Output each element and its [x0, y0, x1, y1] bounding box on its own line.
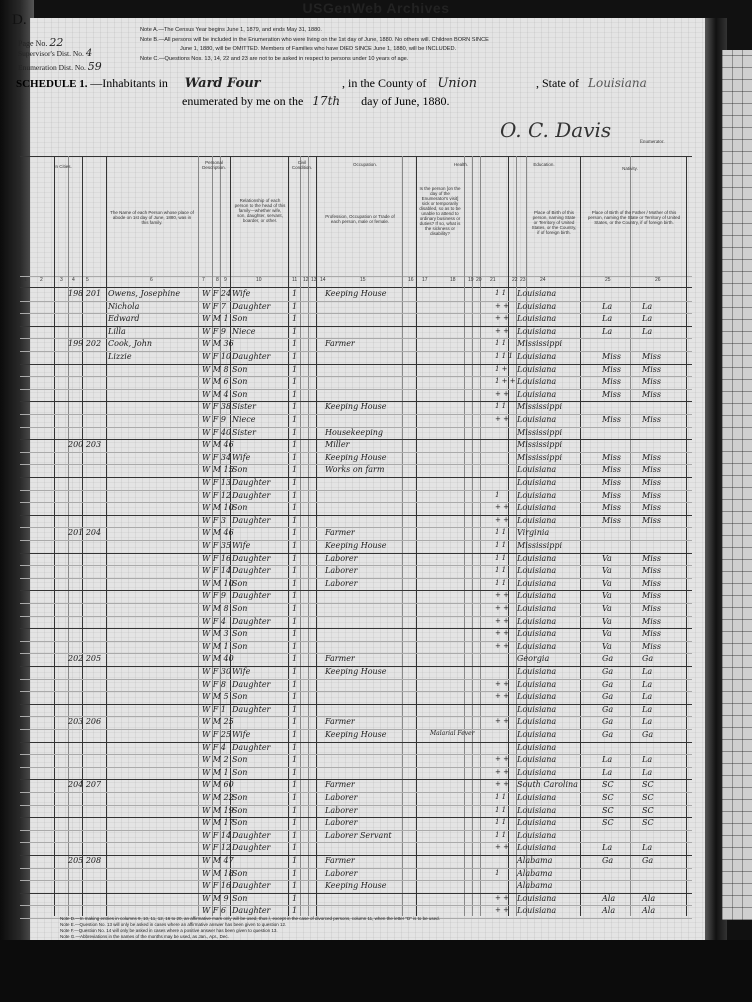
cell-occ: Farmer — [325, 339, 355, 348]
cell-lit: 1 1 — [495, 818, 506, 826]
table-row: W F 12Daughter1+ +LouisianaLaLa — [20, 842, 692, 855]
cell-birth: Louisiana — [517, 806, 556, 815]
cell-rel: Son — [232, 869, 247, 878]
cell-occ: Laborer — [325, 793, 357, 802]
row-rule — [20, 691, 692, 692]
table-row: W F 8Daughter1+ +LouisianaGaLa — [20, 679, 692, 692]
cell-birth: Alabama — [517, 856, 552, 865]
cell-sex: W F 30 — [202, 667, 231, 676]
cell-dwell: 205 208 — [68, 856, 101, 865]
cell-birth: Louisiana — [517, 617, 556, 626]
cell-sex: W M 25 — [202, 717, 234, 726]
cell-birth: Louisiana — [517, 478, 556, 487]
cell-birth: Louisiana — [517, 566, 556, 575]
cell-sex: W F 9 — [202, 327, 226, 336]
cell-occ: Miller — [325, 440, 349, 449]
cell-lit: + + — [495, 768, 509, 776]
table-row: W F 4Daughter1+ +LouisianaVaMiss — [20, 616, 692, 629]
column-number: 11 — [292, 277, 297, 283]
cell-sex: W F 34 — [202, 453, 231, 462]
cell-sex: W F 4 — [202, 743, 226, 752]
cell-fbirth: La — [602, 768, 612, 777]
row-rule — [20, 666, 692, 667]
cell-sex: W M 9 — [202, 894, 229, 903]
cell-occ: Keeping House — [325, 667, 387, 676]
row-rule — [20, 893, 692, 894]
cell-occ: Laborer — [325, 869, 357, 878]
cell-fbirth: Miss — [602, 352, 621, 361]
table-row: W M 4Son1+ +LouisianaMissMiss — [20, 389, 692, 402]
cell-birth: Louisiana — [517, 831, 556, 840]
column-number: 2 — [40, 277, 43, 283]
table-row: 201 204W M 461Farmer1 1Virginia — [20, 527, 692, 540]
cell-lit: 1 — [495, 491, 499, 499]
cell-dwell: 198 201 — [68, 289, 101, 298]
row-rule — [20, 729, 692, 730]
cell-sex: W M 10 — [202, 579, 234, 588]
table-row: W F 3Daughter1+ +LouisianaMissMiss — [20, 515, 692, 528]
cell-single: 1 — [292, 428, 297, 437]
cell-fbirth: Va — [602, 629, 612, 638]
row-rule — [20, 490, 692, 491]
header-relationship: Relationship of each person to the head … — [234, 198, 286, 223]
cell-rel: Daughter — [232, 906, 270, 915]
row-rule — [20, 389, 692, 390]
cell-name: Owens, Josephine — [108, 289, 198, 298]
cell-single: 1 — [292, 541, 297, 550]
table-row: W F 12Daughter11LouisianaMissMiss — [20, 490, 692, 503]
cell-single: 1 — [292, 352, 297, 361]
cell-sex: W M 8 — [202, 365, 229, 374]
cell-birth: Louisiana — [517, 705, 556, 714]
cell-fbirth: Va — [602, 579, 612, 588]
cell-occ: Housekeeping — [325, 428, 383, 437]
cell-mbirth: Miss — [642, 629, 661, 638]
cell-mbirth: Miss — [642, 390, 661, 399]
cell-birth: Mississippi — [517, 440, 562, 449]
row-rule — [20, 439, 692, 440]
row-rule — [20, 679, 692, 680]
cell-lit: 1 + + — [495, 377, 516, 385]
cell-sex: W M 60 — [202, 780, 234, 789]
cell-birth: Louisiana — [517, 680, 556, 689]
column-number: 16 — [408, 277, 414, 283]
cell-mbirth: Miss — [642, 377, 661, 386]
cell-birth: South Carolina — [517, 780, 578, 789]
cell-fbirth: Ala — [602, 894, 615, 903]
cell-rel: Daughter — [232, 843, 270, 852]
cell-birth: Louisiana — [517, 415, 556, 424]
cell-lit: 1 + — [495, 365, 508, 373]
cell-mbirth: Miss — [642, 554, 661, 563]
cell-fbirth: Va — [602, 617, 612, 626]
row-rule — [20, 464, 692, 465]
schedule-label: SCHEDULE 1. — [16, 78, 88, 90]
header-birthplace: Place of Birth of this person, naming St… — [530, 210, 578, 235]
cell-sex: W M 1 — [202, 642, 229, 651]
table-row: 198 201Owens, JosephineW F 24Wife1Keepin… — [20, 288, 692, 301]
column-number: 24 — [540, 277, 546, 283]
cell-single: 1 — [292, 869, 297, 878]
cell-sex: W M 46 — [202, 440, 234, 449]
table-row: W F 14Daughter1Laborer1 1LouisianaVaMiss — [20, 565, 692, 578]
enumerated-label: enumerated by me on the — [182, 94, 303, 108]
cell-single: 1 — [292, 894, 297, 903]
cell-name: Cook, John — [108, 339, 198, 348]
cell-single: 1 — [292, 339, 297, 348]
cell-mbirth: La — [642, 692, 652, 701]
cell-birth: Louisiana — [517, 793, 556, 802]
table-row: W F 35Wife1Keeping House1 1Mississippi — [20, 540, 692, 553]
header-name: The Name of each Person whose place of a… — [110, 210, 194, 225]
cell-birth: Louisiana — [517, 365, 556, 374]
row-rule — [20, 502, 692, 503]
cell-lit: + + — [495, 755, 509, 763]
census-table: In Cities. Personal Description. Civil C… — [20, 156, 692, 916]
column-number: 13 — [311, 277, 317, 283]
cell-lit: 1 1 — [495, 402, 506, 410]
row-rule — [20, 313, 692, 314]
row-rule — [20, 779, 692, 780]
cell-sex: W F 1 — [202, 705, 226, 714]
cell-single: 1 — [292, 566, 297, 575]
cell-single: 1 — [292, 642, 297, 651]
cell-occ: Keeping House — [325, 881, 387, 890]
cell-fbirth: La — [602, 327, 612, 336]
cell-birth: Louisiana — [517, 327, 556, 336]
cell-single: 1 — [292, 856, 297, 865]
cell-sex: W M 46 — [202, 528, 234, 537]
footnotes: Note D.—In making entries in columns 9, … — [60, 916, 620, 940]
cell-single: 1 — [292, 440, 297, 449]
cell-mbirth: SC — [642, 806, 654, 815]
cell-rel: Son — [232, 818, 247, 827]
cell-lit: 1 1 — [495, 806, 506, 814]
cell-birth: Louisiana — [517, 629, 556, 638]
cell-sex: W M 1 — [202, 768, 229, 777]
cell-rel: Son — [232, 642, 247, 651]
cell-single: 1 — [292, 591, 297, 600]
cell-occ: Laborer — [325, 579, 357, 588]
cell-single: 1 — [292, 402, 297, 411]
cell-fbirth: Ga — [602, 692, 613, 701]
cell-lit: + + — [495, 780, 509, 788]
cell-single: 1 — [292, 465, 297, 474]
cell-sex: W F 7 — [202, 302, 226, 311]
cell-lit: 1 1 — [495, 554, 506, 562]
cell-birth: Louisiana — [517, 314, 556, 323]
cell-dwell: 199 202 — [68, 339, 101, 348]
cell-single: 1 — [292, 289, 297, 298]
cell-rel: Son — [232, 365, 247, 374]
cell-occ: Farmer — [325, 654, 355, 663]
cell-birth: Louisiana — [517, 667, 556, 676]
cell-fbirth: Va — [602, 566, 612, 575]
cell-sex: W F 16 — [202, 554, 231, 563]
column-number: 9 — [224, 277, 227, 283]
row-rule — [20, 301, 692, 302]
header-occupation: Profession, Occupation or Trade of each … — [320, 214, 400, 224]
cell-lit: 1 1 — [495, 541, 506, 549]
cell-mbirth: La — [642, 843, 652, 852]
cell-sex: W F 16 — [202, 881, 231, 890]
cell-name: Lizzie — [108, 352, 198, 361]
cell-lit: 1 1 — [495, 566, 506, 574]
adjacent-page — [722, 50, 752, 920]
row-rule — [20, 338, 692, 339]
table-row: W F 16Daughter1Keeping HouseAlabama — [20, 880, 692, 893]
cell-single: 1 — [292, 516, 297, 525]
cell-sex: W M 2 — [202, 755, 229, 764]
column-number: 19 — [468, 277, 474, 283]
row-rule — [20, 704, 692, 705]
group-nativity: Nativity. — [580, 166, 680, 171]
cell-rel: Wife — [232, 453, 250, 462]
table-row: 203 206W M 251Farmer+ +LouisianaGaLa — [20, 716, 692, 729]
cell-sex: W F 35 — [202, 541, 231, 550]
column-number: 14 — [320, 277, 326, 283]
cell-rel: Daughter — [232, 591, 270, 600]
cell-sex: W F 10 — [202, 352, 231, 361]
cell-single: 1 — [292, 818, 297, 827]
column-number: 22 — [512, 277, 518, 283]
cell-fbirth: Ga — [602, 654, 613, 663]
cell-single: 1 — [292, 554, 297, 563]
cell-rel: Son — [232, 314, 247, 323]
cell-single: 1 — [292, 579, 297, 588]
cell-single: 1 — [292, 478, 297, 487]
cell-birth: Louisiana — [517, 377, 556, 386]
row-rule — [20, 855, 692, 856]
table-row: W M 22Son1Laborer1 1LouisianaSCSC — [20, 792, 692, 805]
cell-fbirth: La — [602, 314, 612, 323]
cell-lit: + + — [495, 680, 509, 688]
column-number: 7 — [202, 277, 205, 283]
cell-sex: W M 47 — [202, 856, 234, 865]
column-number: 12 — [303, 277, 309, 283]
row-rule — [20, 414, 692, 415]
table-row: EdwardW M 1Son1+ +LouisianaLaLa — [20, 313, 692, 326]
column-number: 26 — [655, 277, 661, 283]
cell-single: 1 — [292, 390, 297, 399]
cell-fbirth: Miss — [602, 465, 621, 474]
table-row: W M 10Son1Laborer1 1LouisianaVaMiss — [20, 578, 692, 591]
table-row: 205 208W M 471FarmerAlabamaGaGa — [20, 855, 692, 868]
row-rule — [20, 792, 692, 793]
cell-rel: Daughter — [232, 680, 270, 689]
column-number: 21 — [490, 277, 496, 283]
row-rule — [20, 364, 692, 365]
table-row: W F 25Wife1Keeping HouseMalarial FeverLo… — [20, 729, 692, 742]
column-number: 5 — [86, 277, 89, 283]
row-rule — [20, 515, 692, 516]
cell-fbirth: Miss — [602, 415, 621, 424]
table-row: LillaW F 9Niece1+ +LouisianaLaLa — [20, 326, 692, 339]
cell-birth: Louisiana — [517, 516, 556, 525]
cell-single: 1 — [292, 491, 297, 500]
cell-sex: W M 18 — [202, 869, 234, 878]
table-row: W M 5Son1+ +LouisianaGaLa — [20, 691, 692, 704]
cell-lit: + + — [495, 717, 509, 725]
cell-fbirth: Miss — [602, 390, 621, 399]
cell-fbirth: La — [602, 843, 612, 852]
cell-sex: W M 6 — [202, 377, 229, 386]
cell-rel: Wife — [232, 289, 250, 298]
cell-sex: W F 6 — [202, 906, 226, 915]
cell-single: 1 — [292, 365, 297, 374]
cell-rel: Sister — [232, 402, 256, 411]
table-row: 202 205W M 401FarmerGeorgiaGaGa — [20, 653, 692, 666]
cell-lit: 1 1 1 — [495, 352, 513, 360]
inhabitants-value: Ward Four — [185, 76, 261, 91]
cell-mbirth: La — [642, 327, 652, 336]
cell-rel: Daughter — [232, 566, 270, 575]
cell-single: 1 — [292, 314, 297, 323]
cell-mbirth: Miss — [642, 415, 661, 424]
table-row: W F 38Sister1Keeping House1 1Mississippi — [20, 401, 692, 414]
cell-sex: W F 40 — [202, 428, 231, 437]
cell-occ: Laborer — [325, 566, 357, 575]
cell-single: 1 — [292, 755, 297, 764]
cell-rel: Son — [232, 503, 247, 512]
row-rule — [20, 653, 692, 654]
cell-lit: 1 — [495, 869, 499, 877]
cell-mbirth: La — [642, 717, 652, 726]
row-rule — [20, 805, 692, 806]
cell-fbirth: Ga — [602, 730, 613, 739]
row-rule — [20, 628, 692, 629]
cell-mbirth: Ga — [642, 730, 653, 739]
note-b-cont: June 1, 1880, will be OMITTED. Members o… — [140, 45, 700, 55]
cell-lit: 1 1 — [495, 831, 506, 839]
cell-occ: Laborer — [325, 554, 357, 563]
cell-rel: Daughter — [232, 831, 270, 840]
column-number: 3 — [60, 277, 63, 283]
table-row: W M 8Son1+ +LouisianaVaMiss — [20, 603, 692, 616]
cell-birth: Louisiana — [517, 465, 556, 474]
cell-rel: Daughter — [232, 881, 270, 890]
cell-birth: Louisiana — [517, 591, 556, 600]
cell-birth: Georgia — [517, 654, 549, 663]
row-rule — [20, 401, 692, 402]
enumerated-suffix: day of June, 1880. — [361, 94, 449, 108]
cell-rel: Daughter — [232, 491, 270, 500]
cell-fbirth: Miss — [602, 365, 621, 374]
cell-lit: + + — [495, 894, 509, 902]
cell-single: 1 — [292, 302, 297, 311]
cell-rel: Son — [232, 579, 247, 588]
cell-rel: Daughter — [232, 617, 270, 626]
cell-fbirth: SC — [602, 780, 614, 789]
cell-single: 1 — [292, 604, 297, 613]
watermark: USGenWeb Archives — [0, 0, 752, 16]
cell-birth: Louisiana — [517, 692, 556, 701]
cell-mbirth: Miss — [642, 591, 661, 600]
cell-lit: + + — [495, 642, 509, 650]
cell-occ: Laborer Servant — [325, 831, 392, 840]
row-rule — [20, 716, 692, 717]
cell-birth: Mississippi — [517, 453, 562, 462]
cell-fbirth: Miss — [602, 491, 621, 500]
cell-birth: Louisiana — [517, 906, 556, 915]
cell-single: 1 — [292, 415, 297, 424]
cell-rel: Son — [232, 806, 247, 815]
page-number-label: Page No. — [18, 39, 47, 48]
table-row: W F 34Wife1Keeping HouseMississippiMissM… — [20, 452, 692, 465]
cell-birth: Louisiana — [517, 352, 556, 361]
column-number: 18 — [450, 277, 456, 283]
cell-single: 1 — [292, 327, 297, 336]
cell-sex: W F 13 — [202, 478, 231, 487]
cell-single: 1 — [292, 667, 297, 676]
cell-single: 1 — [292, 528, 297, 537]
header-bottom-rule — [20, 276, 692, 277]
cell-occ: Keeping House — [325, 541, 387, 550]
row-rule — [20, 905, 692, 906]
table-top-rule — [20, 156, 692, 157]
row-rule — [20, 641, 692, 642]
cell-mbirth: La — [642, 680, 652, 689]
cell-lit: + + — [495, 327, 509, 335]
cell-mbirth: SC — [642, 818, 654, 827]
cell-rel: Son — [232, 692, 247, 701]
cell-sex: W M 19 — [202, 806, 234, 815]
cell-mbirth: Ala — [642, 906, 655, 915]
cell-single: 1 — [292, 906, 297, 915]
cell-single: 1 — [292, 453, 297, 462]
table-row: W M 17Son1Laborer1 1LouisianaSCSC — [20, 817, 692, 830]
supervisor-district: Supervisor's Dist. No. 4 — [18, 48, 92, 59]
cell-mbirth: La — [642, 667, 652, 676]
cell-fbirth: Va — [602, 642, 612, 651]
enumeration-district-label: Enumeration Dist. No. — [18, 63, 86, 72]
cell-rel: Wife — [232, 541, 250, 550]
cell-occ: Farmer — [325, 780, 355, 789]
cell-single: 1 — [292, 705, 297, 714]
cell-mbirth: Miss — [642, 579, 661, 588]
column-number: 20 — [476, 277, 482, 283]
cell-fbirth: Va — [602, 604, 612, 613]
cell-birth: Alabama — [517, 869, 552, 878]
cell-birth: Louisiana — [517, 768, 556, 777]
cell-single: 1 — [292, 680, 297, 689]
row-rule — [20, 427, 692, 428]
cell-occ: Laborer — [325, 806, 357, 815]
cell-birth: Louisiana — [517, 503, 556, 512]
cell-lit: + + — [495, 617, 509, 625]
cell-birth: Louisiana — [517, 579, 556, 588]
cell-single: 1 — [292, 831, 297, 840]
row-rule — [20, 868, 692, 869]
row-rule — [20, 326, 692, 327]
column-number: 6 — [150, 277, 153, 283]
cell-mbirth: Miss — [642, 642, 661, 651]
cell-rel: Daughter — [232, 554, 270, 563]
row-rule — [20, 842, 692, 843]
cell-fbirth: Ga — [602, 705, 613, 714]
row-rule — [20, 880, 692, 881]
cell-fbirth: Ga — [602, 856, 613, 865]
cell-sex: W F 14 — [202, 831, 231, 840]
cell-lit: + + — [495, 906, 509, 914]
cell-birth: Louisiana — [517, 818, 556, 827]
cell-name: Lilla — [108, 327, 198, 336]
table-row: W M 19Son1Laborer1 1LouisianaSCSC — [20, 805, 692, 818]
cell-sex: W F 14 — [202, 566, 231, 575]
group-health: Health. — [416, 162, 506, 167]
cell-rel: Niece — [232, 327, 256, 336]
cell-fbirth: La — [602, 755, 612, 764]
